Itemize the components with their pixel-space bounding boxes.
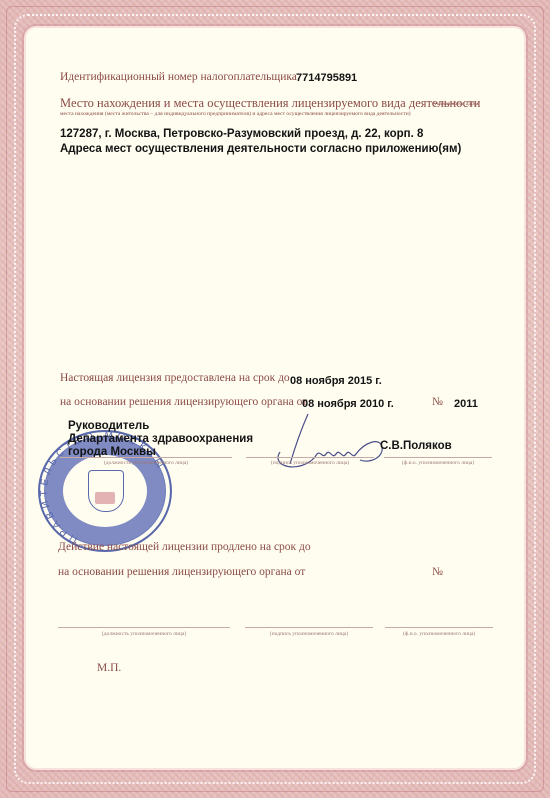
term-label: Настоящая лицензия предоставлена на срок… [60,372,290,384]
extension-caption-position: (должность уполномоченного лица) [58,631,230,637]
extension-position-line [58,627,230,628]
seal-mark-icon [95,492,115,504]
location-label: Место нахождения и места осуществления л… [60,96,480,111]
signer-position: Руководитель Департамента здравоохранени… [68,420,253,459]
inn-value: 7714795891 [296,72,357,84]
extension-signature-line [245,627,373,628]
signer-position-line-1: Руководитель [68,420,253,433]
extension-caption-signature: (подпись уполномоченного лица) [245,631,373,637]
address-line-2: Адреса мест осуществления деятельности с… [60,141,461,157]
extension-label: Действие настоящей лицензии продлено на … [58,541,311,553]
name-line [384,457,492,458]
coat-of-arms-icon [88,470,124,512]
signer-name: С.В.Поляков [380,438,452,454]
caption-position: (должность уполномоченного лица) [60,460,232,466]
caption-name: (ф.и.о. уполномоченного лица) [384,460,492,466]
basis-date: 08 ноября 2010 г. [302,398,394,410]
signature-line [246,457,374,458]
location-note-2: места нахождения (места жительства – для… [60,111,411,117]
position-line [60,457,232,458]
stamp-place-label: М.П. [97,662,121,674]
number-sign: № [432,396,443,408]
extension-name-line [385,627,493,628]
caption-signature: (подпись уполномоченного лица) [246,460,374,466]
extension-number-sign: № [432,566,443,578]
extension-basis-label: на основании решения лицензирующего орга… [58,566,305,578]
extension-caption-name: (ф.и.о. уполномоченного лица) [385,631,493,637]
term-value: 08 ноября 2015 г. [290,375,382,387]
basis-label: на основании решения лицензирующего орга… [60,396,307,408]
location-note: (указываются адрес [432,101,479,107]
inn-label: Идентификационный номер налогоплательщик… [60,71,297,83]
address-line-1: 127287, г. Москва, Петровско-Разумовский… [60,126,423,142]
signer-position-line-2: Департамента здравоохранения [68,433,253,446]
basis-number: 2011 [454,398,478,410]
